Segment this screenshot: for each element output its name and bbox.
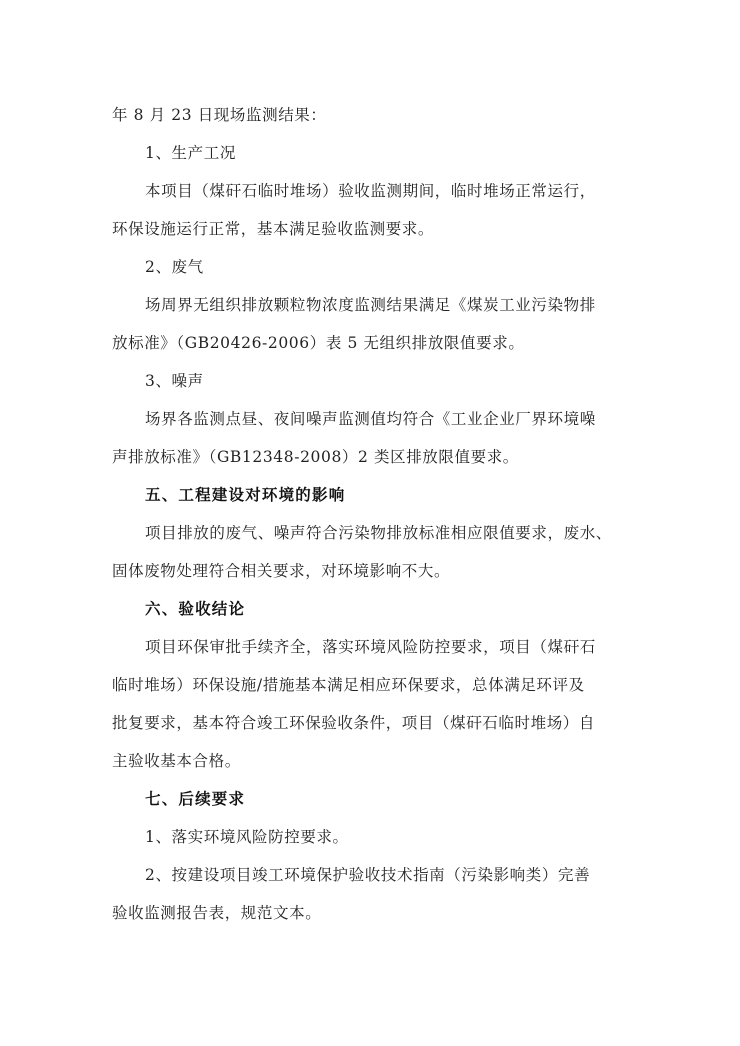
paragraph-line: 声排放标准》（GB12348-2008）2 类区排放限值要求。 <box>112 438 632 476</box>
paragraph-line: 项目环保审批手续齐全，落实环境风险防控要求，项目（煤矸石 <box>112 628 632 666</box>
paragraph-line: 批复要求，基本符合竣工环保验收条件，项目（煤矸石临时堆场）自 <box>112 704 632 742</box>
paragraph-line: 验收监测报告表，规范文本。 <box>112 894 632 932</box>
paragraph-line: 本项目（煤矸石临时堆场）验收监测期间，临时堆场正常运行， <box>112 172 632 210</box>
paragraph-line: 主验收基本合格。 <box>112 742 632 780</box>
list-item: 2、按建设项目竣工环境保护验收技术指南（污染影响类）完善 <box>112 856 632 894</box>
paragraph-line: 场周界无组织排放颗粒物浓度监测结果满足《煤炭工业污染物排 <box>112 286 632 324</box>
section-impact: 五、工程建设对环境的影响 项目排放的废气、噪声符合污染物排放标准相应限值要求，废… <box>112 476 632 590</box>
section-waste-gas: 2、废气 场周界无组织排放颗粒物浓度监测结果满足《煤炭工业污染物排 放标准》（G… <box>112 248 632 362</box>
paragraph-line: 临时堆场）环保设施/措施基本满足相应环保要求，总体满足环评及 <box>112 666 632 704</box>
paragraph-line: 项目排放的废气、噪声符合污染物排放标准相应限值要求，废水、 <box>112 514 632 552</box>
section-conclusion: 六、验收结论 项目环保审批手续齐全，落实环境风险防控要求，项目（煤矸石 临时堆场… <box>112 590 632 780</box>
section-heading: 六、验收结论 <box>112 590 632 628</box>
section-heading: 五、工程建设对环境的影响 <box>112 476 632 514</box>
paragraph-line: 环保设施运行正常，基本满足验收监测要求。 <box>112 210 632 248</box>
section-heading: 3、噪声 <box>112 362 632 400</box>
paragraph-line: 放标准》（GB20426-2006）表 5 无组织排放限值要求。 <box>112 324 632 362</box>
section-noise: 3、噪声 场界各监测点昼、夜间噪声监测值均符合《工业企业厂界环境噪 声排放标准》… <box>112 362 632 476</box>
paragraph-line: 固体废物处理符合相关要求，对环境影响不大。 <box>112 552 632 590</box>
section-heading: 1、生产工况 <box>112 134 632 172</box>
document-page: 年 8 月 23 日现场监测结果： 1、生产工况 本项目（煤矸石临时堆场）验收监… <box>112 96 632 932</box>
intro-line: 年 8 月 23 日现场监测结果： <box>112 96 632 134</box>
section-production: 1、生产工况 本项目（煤矸石临时堆场）验收监测期间，临时堆场正常运行， 环保设施… <box>112 134 632 248</box>
list-item: 1、落实环境风险防控要求。 <box>112 818 632 856</box>
section-heading: 2、废气 <box>112 248 632 286</box>
paragraph-line: 场界各监测点昼、夜间噪声监测值均符合《工业企业厂界环境噪 <box>112 400 632 438</box>
section-heading: 七、后续要求 <box>112 780 632 818</box>
section-follow-up: 七、后续要求 1、落实环境风险防控要求。 2、按建设项目竣工环境保护验收技术指南… <box>112 780 632 932</box>
